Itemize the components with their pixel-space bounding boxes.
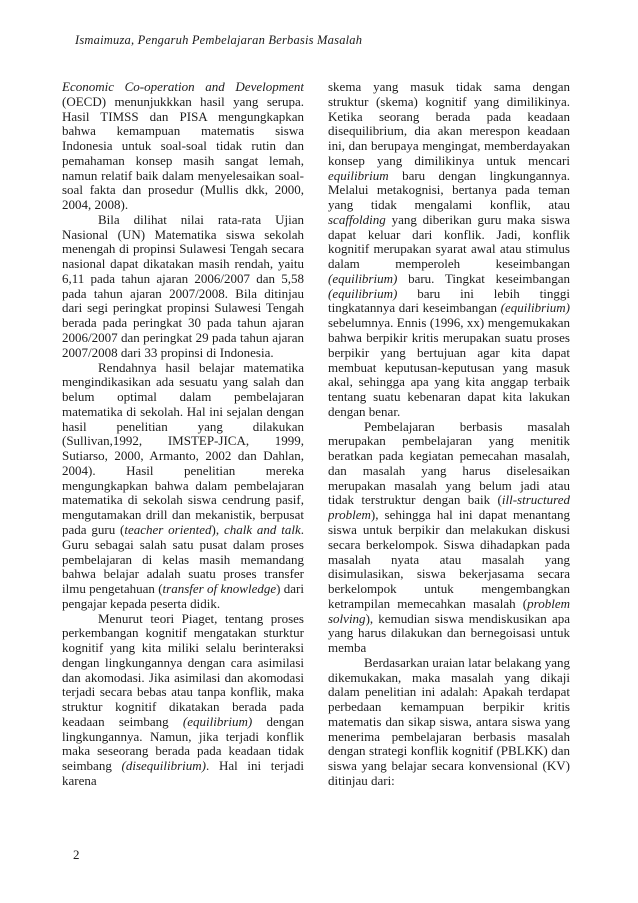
text-run: Menurut teori Piaget, tentang proses per… [62, 611, 304, 729]
italic-text-run: equilibrium [328, 168, 389, 183]
italic-text-run: (disequilibrium) [122, 758, 207, 773]
italic-text-run: (equilibrium) [328, 286, 397, 301]
italic-text-run: teacher oriented [124, 522, 211, 537]
italic-text-run: (equilibrium) [328, 271, 397, 286]
text-run: Bila dilihat nilai rata-rata Ujian Nasio… [62, 212, 304, 360]
text-run: baru. Tingkat keseimbangan [397, 271, 570, 286]
paragraph: Bila dilihat nilai rata-rata Ujian Nasio… [62, 213, 304, 361]
text-run: Rendahnya hasil belajar matematika mengi… [62, 360, 304, 537]
text-run: Berdasarkan uraian latar belakang yang d… [328, 655, 570, 788]
text-run: ), [212, 522, 224, 537]
italic-text-run: chalk and talk [224, 522, 301, 537]
paragraph: Menurut teori Piaget, tentang proses per… [62, 612, 304, 789]
italic-text-run: scaffolding [328, 212, 386, 227]
italic-text-run: (equilibrium) [183, 714, 252, 729]
paragraph: Rendahnya hasil belajar matematika mengi… [62, 361, 304, 612]
paragraph: Pembelajaran berbasis masalah merupakan … [328, 420, 570, 656]
body-columns: Economic Co-operation and Development (O… [62, 80, 570, 822]
text-column-left: Economic Co-operation and Development (O… [62, 80, 304, 822]
paper-page: Ismaimuza, Pengaruh Pembelajaran Berbasi… [0, 0, 638, 903]
text-run: skema yang masuk tidak sama dengan struk… [328, 80, 570, 168]
text-run: sebelumnya. Ennis (1996, xx) mengemukaka… [328, 315, 570, 419]
italic-text-run: (equilibrium) [501, 300, 570, 315]
italic-text-run: Economic Co-operation and Development [62, 80, 304, 94]
paragraph: skema yang masuk tidak sama dengan struk… [328, 80, 570, 420]
paragraph: Economic Co-operation and Development (O… [62, 80, 304, 213]
italic-text-run: transfer of knowledge [163, 581, 277, 596]
text-run: (OECD) menunjukkkan hasil yang serupa. H… [62, 94, 304, 212]
page-number: 2 [73, 847, 80, 863]
text-column-right: skema yang masuk tidak sama dengan struk… [328, 80, 570, 822]
running-header: Ismaimuza, Pengaruh Pembelajaran Berbasi… [75, 33, 362, 48]
paragraph: Berdasarkan uraian latar belakang yang d… [328, 656, 570, 789]
